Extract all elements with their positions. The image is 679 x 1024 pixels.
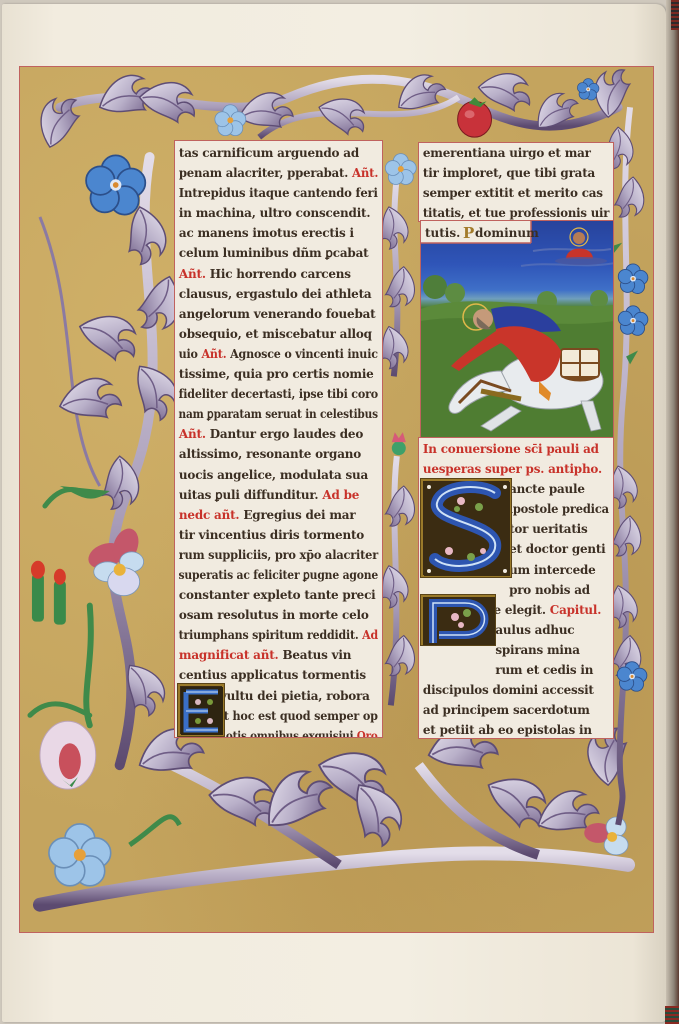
sweet-pea-icon xyxy=(40,721,96,789)
book-edge xyxy=(666,0,679,1024)
text-line: uocis angelice, modulata sua xyxy=(175,465,378,485)
decorated-initial-s xyxy=(420,478,512,578)
rubric: nedc añt. xyxy=(179,508,239,522)
text-line: in machina, ultro conscendit. xyxy=(175,203,378,223)
decorated-initial-e xyxy=(177,683,225,737)
rubric: Ad xyxy=(362,628,378,642)
text-line: nam ꝑparatam seruat in celestibus xyxy=(175,404,354,424)
text-column-right-top: emerentiana uirgo et mar tir imploret, q… xyxy=(418,142,614,222)
thistle-icon xyxy=(392,432,406,455)
text-line: emerentiana uirgo et mar xyxy=(419,143,609,163)
rubric: Añt. xyxy=(179,267,206,281)
rubric: Añt. xyxy=(179,427,206,441)
binding-tab-top xyxy=(671,0,679,30)
carnation-buds-icon xyxy=(31,561,66,625)
rubric-heading: uesperas super ps. antipho. xyxy=(419,459,609,479)
text-line: celum luminibus dñm ꝑcabat xyxy=(175,243,378,263)
rubric: Capitul. xyxy=(550,603,601,617)
text-line: ac manens imotus erectis i xyxy=(175,223,378,243)
text-line: penam alacriter, pperabat. Añt. xyxy=(175,163,373,183)
text-line: uio Añt. Agnosce o vincenti inuic xyxy=(175,344,363,364)
text-line: tissime, quia pro certis nomie xyxy=(175,364,378,384)
text-line: tutis. xyxy=(425,226,460,240)
text-line: semper extitit et merito cas xyxy=(419,183,609,203)
text-line: Intrepidus itaque cantendo feri xyxy=(175,183,372,203)
christ-figure xyxy=(555,228,607,265)
text-line: constanter expleto tante preci xyxy=(175,585,378,605)
text-column-left: tas carnificum arguendo ad penam alacrit… xyxy=(174,140,383,738)
text-line: rum suppliciis, pro xp̄o alacriter xyxy=(175,545,368,565)
svg-text:dominum: dominum xyxy=(475,226,539,240)
text-line: tir imploret, que tibi grata xyxy=(419,163,609,183)
text-line: uitas ꝑuli diffunditur. Ad be xyxy=(175,485,378,505)
text-line: clausus, ergastulo dei athleta xyxy=(175,284,378,304)
rubric: Oro xyxy=(357,729,378,738)
text-line: angelorum venerando fouebat xyxy=(175,304,378,324)
text-line: discipulos domini accessit xyxy=(419,680,609,700)
rubric: Ad be xyxy=(322,488,359,502)
binding-tab-bottom xyxy=(665,1006,679,1024)
rubric: Añt. xyxy=(201,347,226,361)
text-line: tir vincentius diris tormento xyxy=(175,525,378,545)
text-line: Añt. Hic horrendo carcens xyxy=(175,264,378,284)
text-line: altissimo, resonante organo xyxy=(175,444,378,464)
text-line: nedc añt. Egregius dei mar xyxy=(175,505,378,525)
rubric-initial-p: P xyxy=(463,224,474,242)
text-line: obsequio, et miscebatur alloq xyxy=(175,324,378,344)
text-line: ad principem sacerdotum xyxy=(419,700,609,720)
text-line: triumphans spiritum reddidit. Ad xyxy=(175,625,362,645)
rubric: magnificat añt. xyxy=(179,648,279,662)
text-line: et petiit ab eo epistolas in xyxy=(419,720,609,739)
rubric: Añt. xyxy=(352,166,378,180)
miniature-conversion-of-saint-paul: tutis. P dominum xyxy=(420,220,614,438)
text-line: magnificat añt. Beatus vin xyxy=(175,645,378,665)
rubric-heading: In conuersione sc̄i pauli ad xyxy=(419,439,609,459)
text-line: rum et cedis in xyxy=(419,660,609,680)
text-line: Añt. Dantur ergo laudes deo xyxy=(175,424,378,444)
text-line: fideliter decertasti, ipse tibi coro xyxy=(175,384,363,404)
text-line: tas carnificum arguendo ad xyxy=(175,143,378,163)
decorated-initial-p xyxy=(420,594,496,646)
text-line: osam resolutus in morte celo xyxy=(175,605,378,625)
text-line: superatis ac feliciter ꝑugne agone xyxy=(175,565,358,585)
